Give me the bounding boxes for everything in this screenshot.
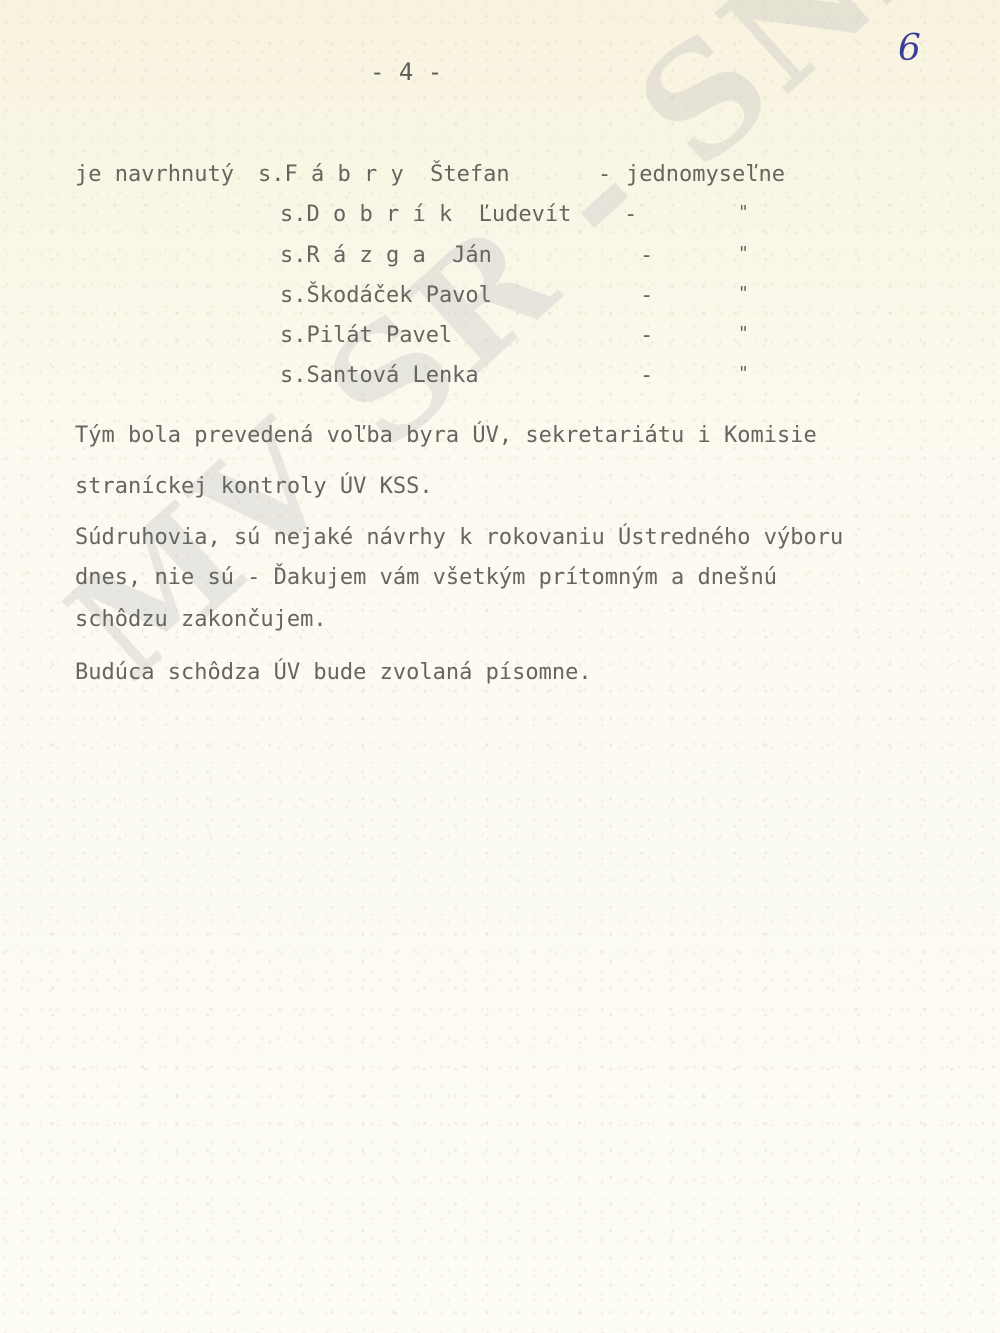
candidate-dash: - [640, 363, 653, 388]
paragraph-line: schôdzu zakončujem. [75, 607, 327, 632]
paragraph-line: Súdruhovia, sú nejaké návrhy k rokovaniu… [75, 525, 843, 550]
paragraph-line: Budúca schôdza ÚV bude zvolaná písomne. [75, 660, 592, 685]
paragraph-line: straníckej kontroly ÚV KSS. [75, 474, 433, 499]
candidate-vote: " [738, 243, 749, 264]
paragraph-line: dnes, nie sú - Ďakujem vám všetkým príto… [75, 565, 777, 590]
candidate-name: s.D o b r í k Ľudevít [280, 202, 571, 227]
paragraph-line: Tým bola prevedená voľba byra ÚV, sekret… [75, 423, 817, 448]
candidate-vote: " [738, 202, 749, 223]
candidate-dash: - [598, 162, 611, 187]
candidate-dash: - [640, 283, 653, 308]
candidate-name: s.Santová Lenka [280, 363, 479, 388]
candidate-dash: - [640, 243, 653, 268]
candidate-dash: - [624, 202, 637, 227]
candidate-name: s.Pilát Pavel [280, 323, 452, 348]
candidate-dash: - [640, 323, 653, 348]
candidate-name: s.R á z g a Ján [280, 243, 492, 268]
candidate-vote: " [738, 283, 749, 304]
candidate-vote: jednomyseľne [626, 162, 785, 187]
candidate-name: s.F á b r y Štefan [258, 162, 510, 187]
candidate-name: s.Škodáček Pavol [280, 283, 492, 308]
handwritten-folio-number: 6 [898, 28, 921, 69]
page-number: - 4 - [370, 58, 442, 86]
candidate-vote: " [738, 323, 749, 344]
candidate-vote: " [738, 363, 749, 384]
intro-text: je navrhnutý [75, 162, 234, 187]
